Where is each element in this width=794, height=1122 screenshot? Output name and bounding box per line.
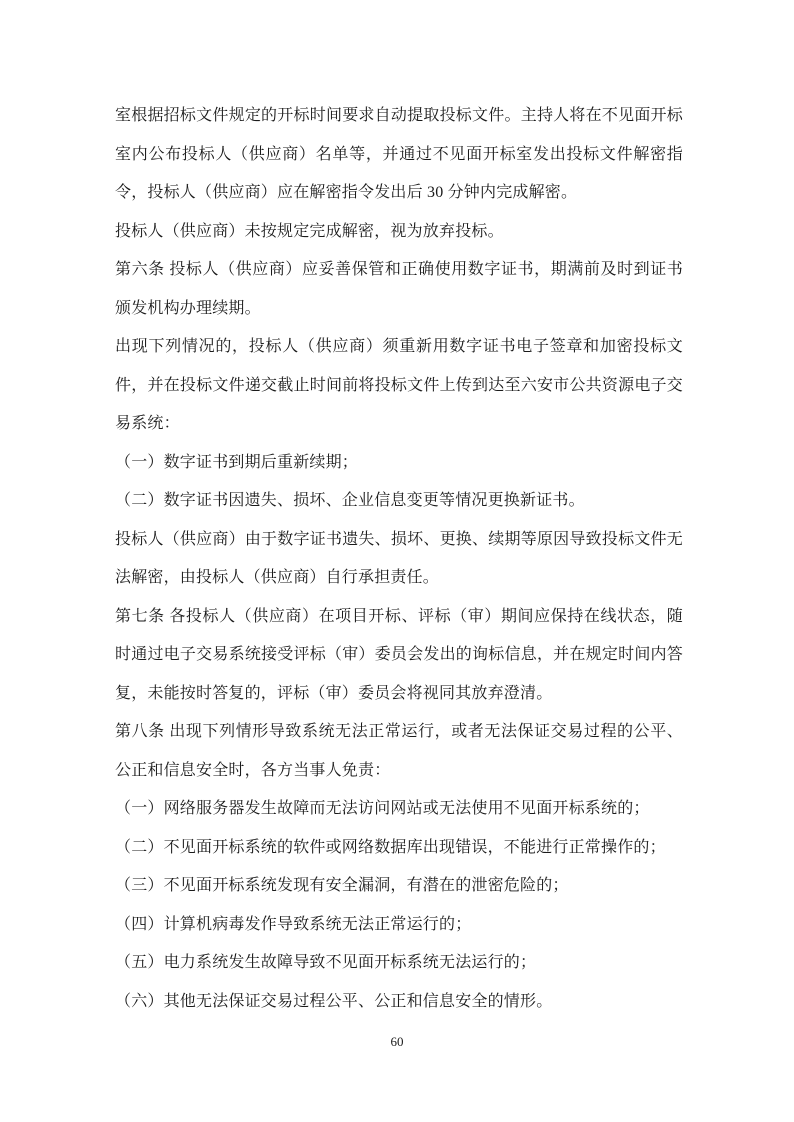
- list-item: （二）数字证书因遗失、损坏、企业信息变更等情况更换新证书。: [115, 482, 683, 521]
- list-item: （二）不见面开标系统的软件或网络数据库出现错误，不能进行正常操作的；: [115, 829, 683, 868]
- paragraph-article-8: 第八条 出现下列情形导致系统无法正常运行，或者无法保证交易过程的公平、公正和信息…: [115, 713, 683, 790]
- paragraph: 投标人（供应商）未按规定完成解密，视为放弃投标。: [115, 213, 683, 252]
- paragraph-article-7: 第七条 各投标人（供应商）在项目开标、评标（审）期间应保持在线状态，随时通过电子…: [115, 598, 683, 714]
- list-item: （六）其他无法保证交易过程公平、公正和信息安全的情形。: [115, 983, 683, 1022]
- paragraph: 投标人（供应商）由于数字证书遗失、损坏、更换、续期等原因导致投标文件无法解密，由…: [115, 521, 683, 598]
- paragraph-article-6: 第六条 投标人（供应商）应妥善保管和正确使用数字证书，期满前及时到证书颁发机构办…: [115, 251, 683, 328]
- paragraph: 室根据招标文件规定的开标时间要求自动提取投标文件。主持人将在不见面开标室内公布投…: [115, 97, 683, 213]
- document-body: 室根据招标文件规定的开标时间要求自动提取投标文件。主持人将在不见面开标室内公布投…: [115, 97, 683, 1021]
- list-item: （一）网络服务器发生故障而无法访问网站或无法使用不见面开标系统的；: [115, 790, 683, 829]
- document-page: 室根据招标文件规定的开标时间要求自动提取投标文件。主持人将在不见面开标室内公布投…: [0, 0, 794, 1122]
- list-item: （一）数字证书到期后重新续期；: [115, 444, 683, 483]
- list-item: （五）电力系统发生故障导致不见面开标系统无法运行的；: [115, 944, 683, 983]
- list-item: （三）不见面开标系统发现有安全漏洞，有潜在的泄密危险的；: [115, 867, 683, 906]
- paragraph: 出现下列情况的，投标人（供应商）须重新用数字证书电子签章和加密投标文件，并在投标…: [115, 328, 683, 444]
- list-item: （四）计算机病毒发作导致系统无法正常运行的；: [115, 906, 683, 945]
- page-number: 60: [0, 1033, 794, 1051]
